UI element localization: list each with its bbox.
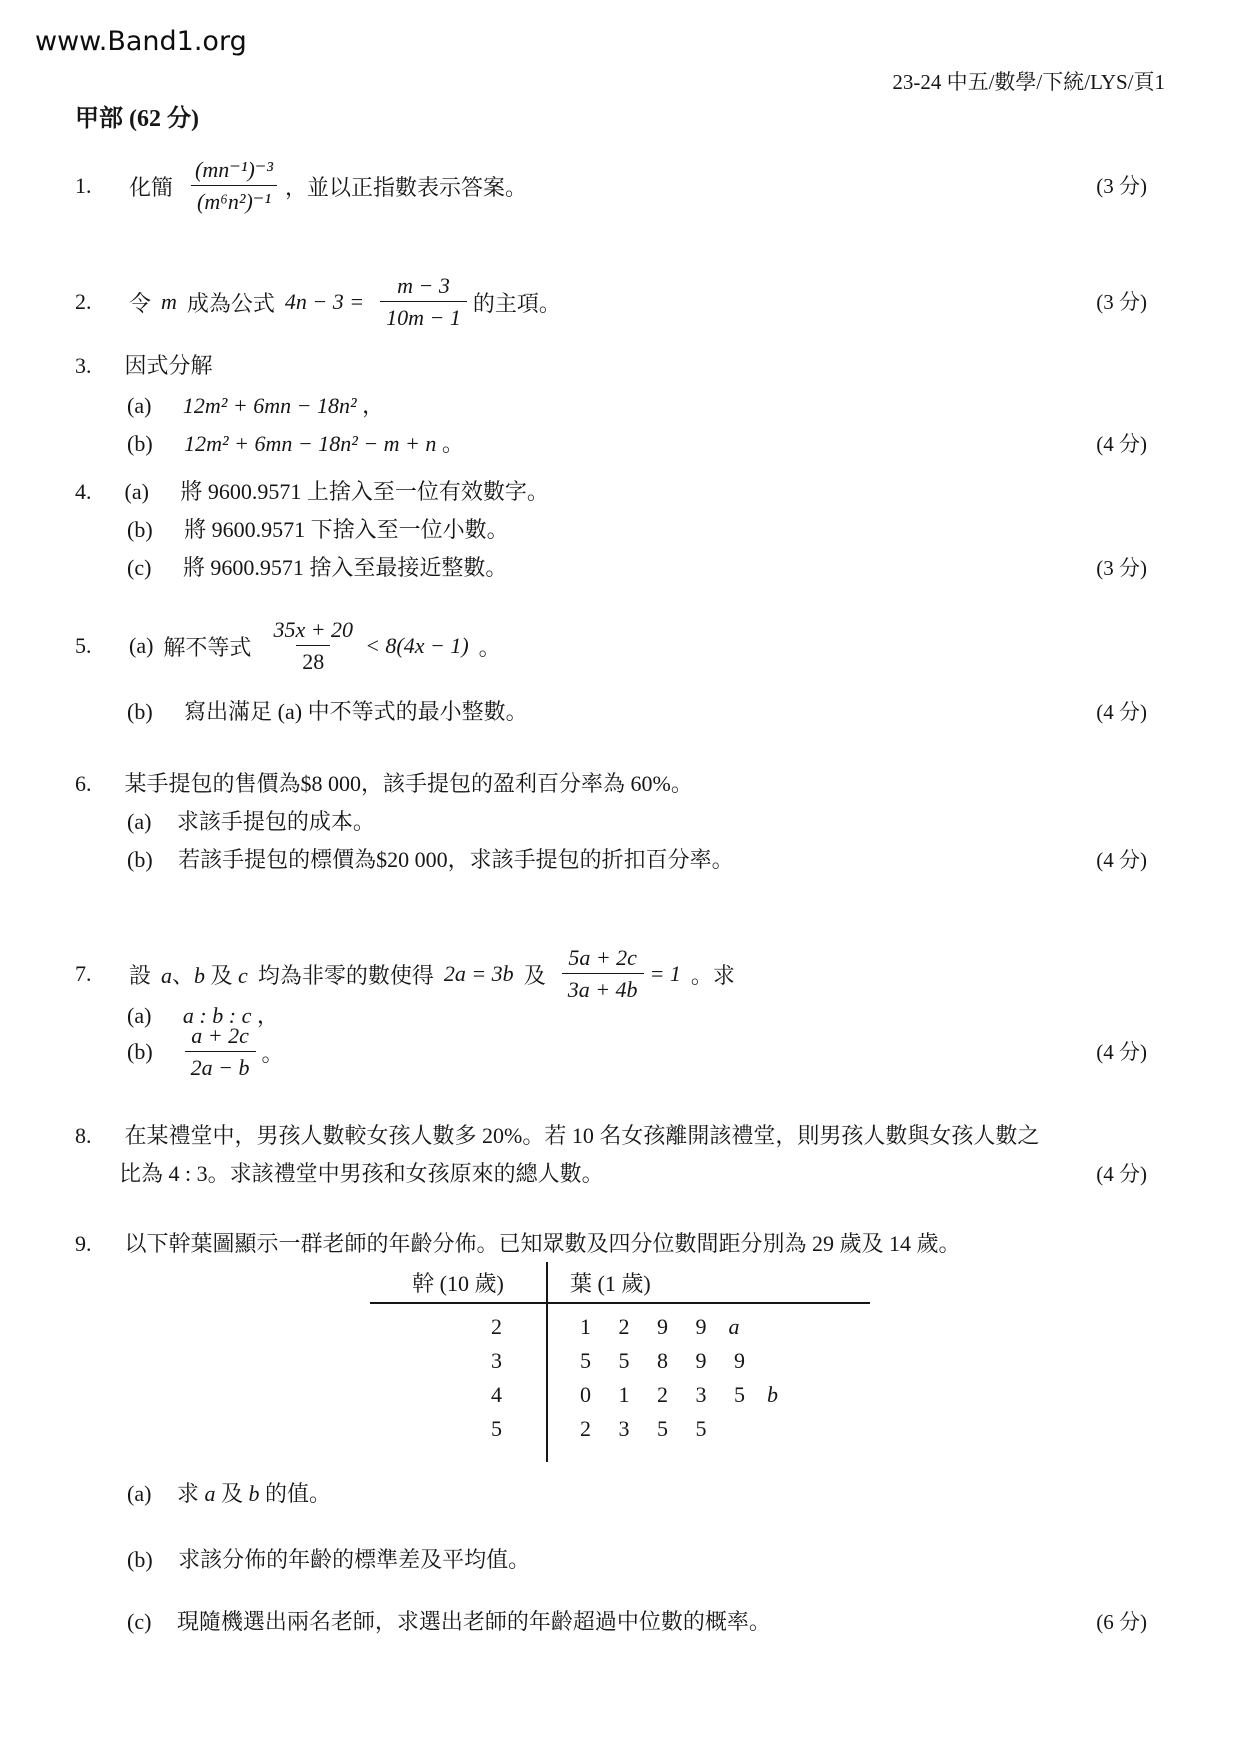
question-3b-label: (b) bbox=[127, 430, 153, 458]
question-9a-text: 求 a 及 b 的值。 bbox=[177, 1481, 331, 1506]
question-6a-label: (a) bbox=[127, 808, 151, 836]
question-3b-expression: 12m² + 6mn − 18n² − m + n bbox=[184, 431, 436, 456]
question-7-variables: a、b 及 c bbox=[161, 959, 248, 990]
question-3a-expression: 12m² + 6mn − 18n² bbox=[183, 393, 357, 418]
question-7b-label: (b) bbox=[127, 1039, 153, 1065]
separator: 、 bbox=[172, 963, 194, 988]
question-6b-text: 若該手提包的標價為$20 000，求該手提包的折扣百分率。 bbox=[178, 847, 734, 872]
question-5a-punctuation: 。 bbox=[479, 631, 501, 662]
question-9b-text: 求該分佈的年齡的標準差及平均值。 bbox=[178, 1547, 530, 1572]
question-9c-label: (c) bbox=[127, 1608, 151, 1636]
question-6a: (a) 求該手提包的成本。 bbox=[127, 808, 375, 836]
question-7b-punctuation: 。 bbox=[262, 1037, 284, 1068]
question-3b-punctuation: 。 bbox=[442, 431, 464, 456]
fraction-numerator: (mn⁻¹)⁻³ bbox=[189, 157, 279, 185]
fraction-denominator: 10m − 1 bbox=[380, 301, 467, 331]
question-6b: (b) 若該手提包的標價為$20 000，求該手提包的折扣百分率。 bbox=[127, 846, 734, 874]
question-3: 3. 因式分解 bbox=[75, 352, 213, 380]
variable-a: a bbox=[161, 963, 172, 988]
question-7-text-post: 。求 bbox=[691, 959, 735, 990]
question-7b: (b) a + 2c 2a − b 。 bbox=[127, 1022, 284, 1082]
leaf-digits: 2 3 5 5 bbox=[580, 1416, 707, 1441]
question-9a-label: (a) bbox=[127, 1480, 151, 1508]
question-9-number: 9. bbox=[75, 1230, 119, 1258]
stem-value: 5 bbox=[370, 1412, 546, 1446]
question-8-line2: 比為 4 : 3。求該禮堂中男孩和女孩原來的總人數。 bbox=[119, 1160, 604, 1188]
question-6-number: 6. bbox=[75, 770, 119, 798]
question-6-intro: 某手提包的售價為$8 000，該手提包的盈利百分率為 60%。 bbox=[125, 771, 693, 796]
question-5b: (b) 寫出滿足 (a) 中不等式的最小整數。 bbox=[127, 698, 528, 726]
question-7: 7. 設 a、b 及 c 均為非零的數使得 2a = 3b 及 5a + 2c … bbox=[75, 936, 745, 1012]
question-4a-text: 將 9600.9571 上捨入至一位有效數字。 bbox=[180, 479, 549, 504]
question-1-number: 1. bbox=[75, 173, 119, 199]
variable-a: a bbox=[204, 1481, 215, 1506]
fraction-numerator: 5a + 2c bbox=[562, 945, 643, 973]
variable-c: c bbox=[238, 963, 248, 988]
table-row: 3 5 5 8 9 9 bbox=[370, 1344, 870, 1378]
stem-value: 4 bbox=[370, 1378, 546, 1412]
stem-leaf-divider-line bbox=[546, 1262, 548, 1462]
leaf-column-header: 葉 (1 歲) bbox=[546, 1266, 651, 1302]
question-3-heading: 因式分解 bbox=[125, 353, 213, 378]
fraction-numerator: 35x + 20 bbox=[267, 617, 359, 645]
question-2: 2. 令 m 成為公式 4n − 3 = m − 3 10m − 1 的主項。 bbox=[75, 264, 571, 340]
variable-b: b bbox=[248, 1481, 259, 1506]
question-8-marks: (4 分) bbox=[1096, 1160, 1147, 1188]
text: 的值。 bbox=[259, 1481, 331, 1506]
question-7-equation-2: = 1 bbox=[650, 961, 681, 987]
question-2-fraction: m − 3 10m − 1 bbox=[380, 273, 467, 331]
table-row: 2 1 2 9 9a bbox=[370, 1310, 870, 1344]
question-9b: (b) 求該分佈的年齡的標準差及平均值。 bbox=[127, 1546, 530, 1574]
question-9: 9. 以下幹葉圖顯示一群老師的年齡分佈。已知眾數及四分位數間距分別為 29 歲及… bbox=[75, 1230, 961, 1258]
question-6-marks: (4 分) bbox=[1096, 846, 1147, 874]
question-4-marks: (3 分) bbox=[1096, 554, 1147, 582]
question-5-marks: (4 分) bbox=[1096, 698, 1147, 726]
stem-leaf-table: 幹 (10 歲) 葉 (1 歲) 2 1 2 9 9a 3 5 5 8 9 9 … bbox=[370, 1266, 870, 1446]
exam-page: www.Band1.org 23-24 中五/數學/下統/LYS/頁1 甲部 (… bbox=[0, 0, 1240, 1754]
question-9b-label: (b) bbox=[127, 1546, 153, 1574]
leaf-values: 0 1 2 3 5b bbox=[546, 1378, 778, 1412]
question-1: 1. 化簡 (mn⁻¹)⁻³ (m⁶n²)⁻¹ ，並以正指數表示答案。 bbox=[75, 146, 537, 226]
fraction-denominator: 2a − b bbox=[185, 1051, 256, 1081]
question-1-marks: (3 分) bbox=[1096, 172, 1147, 200]
fraction-denominator: (m⁶n²)⁻¹ bbox=[191, 185, 277, 215]
leaf-digits: 5 5 8 9 9 bbox=[580, 1348, 745, 1373]
question-4-number: 4. bbox=[75, 478, 119, 506]
question-3-marks: (4 分) bbox=[1096, 430, 1147, 458]
question-7-text-mid: 及 bbox=[524, 959, 546, 990]
question-5a: 5. (a) 解不等式 35x + 20 28 < 8(4x − 1) 。 bbox=[75, 612, 511, 680]
question-3a-punctuation: ， bbox=[362, 393, 384, 418]
question-9-intro: 以下幹葉圖顯示一群老師的年齡分佈。已知眾數及四分位數間距分別為 29 歲及 14… bbox=[125, 1231, 961, 1256]
question-5a-label: (a) bbox=[129, 633, 153, 659]
fraction-denominator: 3a + 4b bbox=[562, 973, 644, 1003]
section-title: 甲部 (62 分) bbox=[75, 98, 199, 133]
question-1-fraction: (mn⁻¹)⁻³ (m⁶n²)⁻¹ bbox=[189, 157, 279, 215]
question-1-text-pre: 化簡 bbox=[129, 171, 173, 202]
question-8-text-line2: 比為 4 : 3。求該禮堂中男孩和女孩原來的總人數。 bbox=[119, 1161, 604, 1186]
question-3a: (a) 12m² + 6mn − 18n² ， bbox=[127, 392, 384, 420]
variable-b: b bbox=[194, 963, 205, 988]
fraction-denominator: 28 bbox=[296, 645, 330, 675]
question-5a-text-pre: 解不等式 bbox=[163, 631, 251, 662]
question-5b-text: 寫出滿足 (a) 中不等式的最小整數。 bbox=[184, 699, 527, 724]
separator: 及 bbox=[205, 963, 238, 988]
question-5a-fraction: 35x + 20 28 bbox=[267, 617, 359, 675]
question-4b-label: (b) bbox=[127, 516, 153, 544]
question-3a-label: (a) bbox=[127, 392, 151, 420]
question-5b-label: (b) bbox=[127, 698, 153, 726]
leaf-digits: 1 2 9 9 bbox=[580, 1314, 707, 1339]
stem-leaf-body: 2 1 2 9 9a 3 5 5 8 9 9 4 0 1 2 3 5b 5 2 … bbox=[370, 1304, 870, 1446]
question-9c-text: 現隨機選出兩名老師，求選出老師的年齡超過中位數的概率。 bbox=[177, 1609, 771, 1634]
leaf-values: 2 3 5 5 bbox=[546, 1412, 729, 1446]
question-9-marks: (6 分) bbox=[1096, 1608, 1147, 1636]
question-2-marks: (3 分) bbox=[1096, 288, 1147, 316]
question-8-text-line1: 在某禮堂中，男孩人數較女孩人數多 20%。若 10 名女孩離開該禮堂，則男孩人數… bbox=[125, 1123, 1040, 1148]
question-4a: 4. (a) 將 9600.9571 上捨入至一位有效數字。 bbox=[75, 478, 549, 506]
stem-value: 2 bbox=[370, 1310, 546, 1344]
question-4c-label: (c) bbox=[127, 554, 151, 582]
leaf-values: 5 5 8 9 9 bbox=[546, 1344, 767, 1378]
leaf-digits: 0 1 2 3 5 bbox=[580, 1382, 745, 1407]
text: 求 bbox=[177, 1481, 205, 1506]
question-6b-label: (b) bbox=[127, 846, 153, 874]
watermark: www.Band1.org bbox=[35, 26, 247, 57]
page-header-right: 23-24 中五/數學/下統/LYS/頁1 bbox=[892, 66, 1165, 96]
question-2-equation-lhs: 4n − 3 = bbox=[285, 289, 364, 315]
question-8-line1: 8. 在某禮堂中，男孩人數較女孩人數多 20%。若 10 名女孩離開該禮堂，則男… bbox=[75, 1122, 1039, 1150]
question-4a-label: (a) bbox=[125, 478, 149, 506]
question-9a: (a) 求 a 及 b 的值。 bbox=[127, 1480, 331, 1508]
question-4c: (c) 將 9600.9571 捨入至最接近整數。 bbox=[127, 554, 507, 582]
fraction-numerator: m − 3 bbox=[391, 273, 456, 301]
question-6a-text: 求該手提包的成本。 bbox=[177, 809, 375, 834]
question-7-equation-1: 2a = 3b bbox=[444, 961, 514, 987]
question-3b: (b) 12m² + 6mn − 18n² − m + n 。 bbox=[127, 430, 464, 458]
question-7-number: 7. bbox=[75, 961, 119, 987]
question-9c: (c) 現隨機選出兩名老師，求選出老師的年齡超過中位數的概率。 bbox=[127, 1608, 771, 1636]
stem-column-header: 幹 (10 歲) bbox=[370, 1266, 546, 1302]
question-4b-text: 將 9600.9571 下捨入至一位小數。 bbox=[184, 517, 509, 542]
table-row: 4 0 1 2 3 5b bbox=[370, 1378, 870, 1412]
leaf-variable: b bbox=[767, 1382, 778, 1407]
question-7-text-pre1: 設 bbox=[129, 959, 151, 990]
stem-value: 3 bbox=[370, 1344, 546, 1378]
question-1-text-post: ，並以正指數表示答案。 bbox=[285, 171, 527, 202]
question-2-number: 2. bbox=[75, 289, 119, 315]
question-5-number: 5. bbox=[75, 633, 119, 659]
question-2-variable: m bbox=[161, 289, 177, 315]
question-2-text-pre2: 成為公式 bbox=[187, 287, 275, 318]
question-8-number: 8. bbox=[75, 1122, 119, 1150]
question-3-number: 3. bbox=[75, 352, 119, 380]
stem-leaf-header: 幹 (10 歲) 葉 (1 歲) bbox=[370, 1266, 870, 1304]
question-7-text-pre2: 均為非零的數使得 bbox=[258, 959, 434, 990]
table-row: 5 2 3 5 5 bbox=[370, 1412, 870, 1446]
fraction-numerator: a + 2c bbox=[185, 1023, 255, 1051]
question-4c-text: 將 9600.9571 捨入至最接近整數。 bbox=[183, 555, 508, 580]
question-6: 6. 某手提包的售價為$8 000，該手提包的盈利百分率為 60%。 bbox=[75, 770, 693, 798]
question-4b: (b) 將 9600.9571 下捨入至一位小數。 bbox=[127, 516, 509, 544]
question-2-text-post: 的主項。 bbox=[473, 287, 561, 318]
question-2-text-pre1: 令 bbox=[129, 287, 151, 318]
question-7-fraction: 5a + 2c 3a + 4b bbox=[562, 945, 644, 1003]
question-7b-fraction: a + 2c 2a − b bbox=[185, 1023, 256, 1081]
question-7-marks: (4 分) bbox=[1096, 1038, 1147, 1066]
leaf-values: 1 2 9 9a bbox=[546, 1310, 740, 1344]
question-5a-inequality: < 8(4x − 1) bbox=[365, 633, 469, 659]
leaf-variable: a bbox=[729, 1314, 740, 1339]
text: 及 bbox=[215, 1481, 248, 1506]
